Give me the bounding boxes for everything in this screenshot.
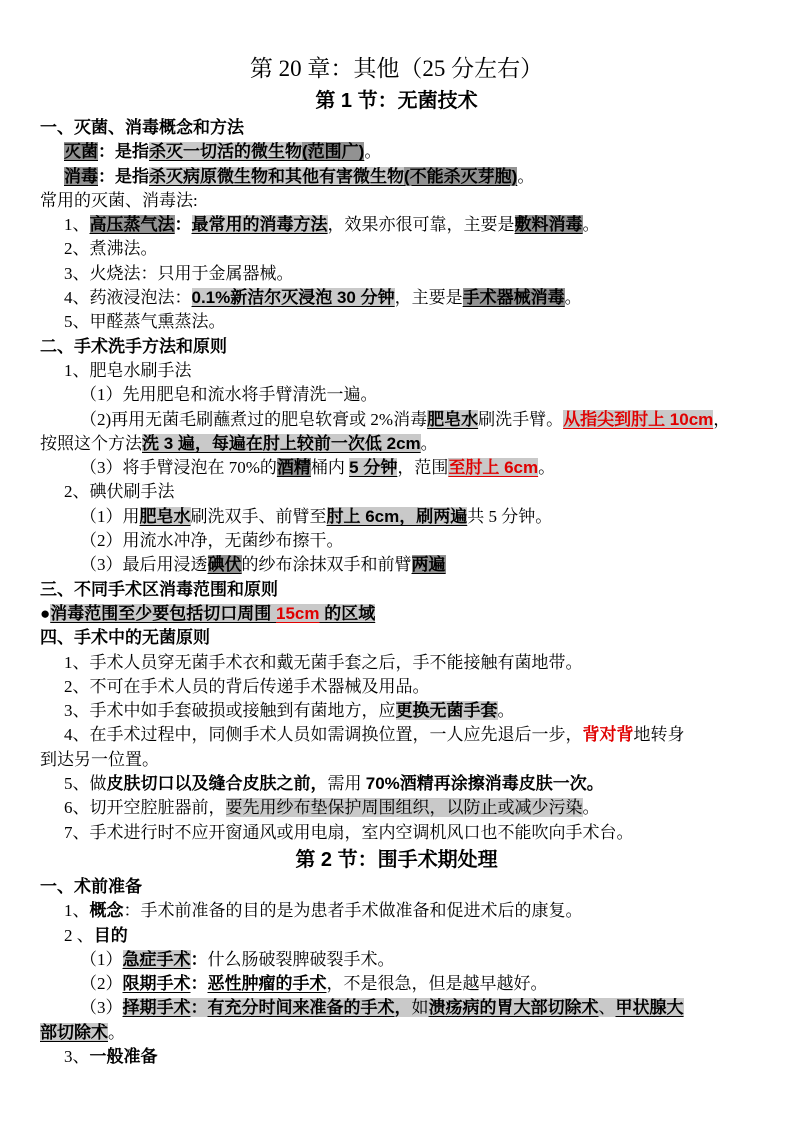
text-run: 部切除术 [40, 1023, 108, 1042]
text-run: ， [713, 410, 730, 429]
text-line: 7、手术进行时不应开窗通风或用电扇，室内空调机风口也不能吹向手术台。 [40, 821, 753, 845]
text-line: 1、手术人员穿无菌手术衣和戴无菌手套之后，手不能接触有菌地带。 [40, 651, 753, 675]
text-run: 2、碘伏刷手法 [64, 482, 175, 501]
text-run: （2） [80, 974, 123, 993]
text-run: 0.1%新洁尔灭浸泡 30 分钟 [192, 288, 395, 307]
text-run: 背对背 [583, 725, 634, 744]
text-run: 二、手术洗手方法和原则 [40, 337, 227, 356]
text-run: ： [191, 974, 208, 993]
text-run: 2、不可在手术人员的背后传递手术器械及用品。 [64, 677, 430, 696]
text-run: 第 20 章：其他（25 分左右） [250, 56, 543, 81]
text-run: 三、不同手术区消毒范围和原则 [40, 580, 278, 599]
text-run: 5、做 [64, 774, 107, 793]
text-line: （3）最后用浸透碘伏的纱布涂抹双手和前臂两遍 [40, 553, 753, 577]
text-run: 2、煮沸法。 [64, 239, 158, 258]
text-run: ： [191, 950, 208, 969]
text-run: 。 [583, 215, 600, 234]
text-run: 第 2 节：围手术期处理 [295, 849, 497, 871]
text-run: ：手术前准备的目的是为患者手术做准备和促进术后的康复。 [124, 901, 583, 920]
chapter-title: 第 20 章：其他（25 分左右） [40, 52, 753, 86]
text-run: (范围广) [302, 142, 364, 161]
text-run: ● [40, 604, 50, 623]
text-run: 恶性肿瘤的手术 [208, 974, 327, 993]
text-line: （1）急症手术：什么肠破裂脾破裂手术。 [40, 948, 753, 972]
text-run: 择期手术 [123, 998, 191, 1017]
text-run: 。 [538, 458, 555, 477]
text-run: （1） [80, 950, 123, 969]
text-run: ： [175, 215, 192, 234]
text-run: 目的 [94, 926, 128, 945]
heading-line: 四、手术中的无菌原则 [40, 626, 753, 650]
heading-line: 一、灭菌、消毒概念和方法 [40, 116, 753, 140]
text-line: 1、高压蒸气法：最常用的消毒方法，效果亦很可靠，主要是敷料消毒。 [40, 213, 753, 237]
text-line: （1）先用肥皂和流水将手臂清洗一遍。 [40, 383, 753, 407]
text-run: 至肘上 6cm [448, 458, 538, 477]
text-run: 如 [412, 998, 429, 1017]
text-run: 灭菌 [64, 142, 98, 161]
text-line: 4、药液浸泡法：0.1%新洁尔灭浸泡 30 分钟，主要是手术器械消毒。 [40, 286, 753, 310]
section-title: 第 2 节：围手术期处理 [40, 845, 753, 875]
text-run: 4、药液浸泡法： [64, 288, 192, 307]
text-run: 从指尖到肘上 10cm [563, 410, 713, 429]
text-run: (不能杀灭芽胞) [404, 167, 517, 186]
document-page: 第 20 章：其他（25 分左右）第 1 节：无菌技术一、灭菌、消毒概念和方法灭… [0, 0, 793, 1122]
text-run: 第 1 节：无菌技术 [315, 90, 477, 112]
text-run: 高压蒸气法 [90, 215, 175, 234]
text-run: ，范围 [397, 458, 448, 477]
text-run: 甲状腺大 [616, 998, 684, 1017]
text-run: 概念 [90, 901, 124, 920]
text-line: 5、做皮肤切口以及缝合皮肤之前，需用 70%酒精再涂擦消毒皮肤一次。 [40, 772, 753, 796]
text-run: 两遍 [412, 555, 446, 574]
text-run: 刷洗双手、前臂至 [191, 507, 327, 526]
text-run: 1、 [64, 215, 90, 234]
document-body: 第 20 章：其他（25 分左右）第 1 节：无菌技术一、灭菌、消毒概念和方法灭… [0, 0, 793, 1069]
text-run: ，效果亦很可靠，主要是 [328, 215, 515, 234]
text-run: 溃疡病的胃大部切除术 [429, 998, 599, 1017]
text-run: 限期手术 [123, 974, 191, 993]
text-run: （1）先用肥皂和流水将手臂清洗一遍。 [80, 385, 378, 404]
text-run: 。 [421, 434, 438, 453]
text-run: 洗 3 遍，每遍在肘上较前一次低 2cm [142, 434, 421, 453]
text-line: （1）用肥皂水刷洗双手、前臂至肘上 6cm，刷两遍共 5 分钟。 [40, 505, 753, 529]
text-run: 。 [108, 1023, 125, 1042]
text-run: ：是指 [98, 167, 149, 186]
text-run: ， [395, 998, 412, 1017]
text-run: 一、灭菌、消毒概念和方法 [40, 118, 244, 137]
text-run: 碘伏 [208, 555, 242, 574]
text-run: 的区域 [320, 604, 376, 623]
text-run: ：是指 [98, 142, 149, 161]
text-line: （3）将手臂浸泡在 70%的酒精桶内 5 分钟，范围至肘上 6cm。 [40, 456, 753, 480]
text-line: 3、火烧法：只用于金属器械。 [40, 262, 753, 286]
text-run: 、 [599, 998, 616, 1017]
text-run: 最常用的消毒方法 [192, 215, 328, 234]
text-run: 6、切开空腔脏器前， [64, 798, 226, 817]
text-run: 。 [583, 798, 600, 817]
text-run: 手术器械消毒 [463, 288, 565, 307]
text-line: 按照这个方法洗 3 遍，每遍在肘上较前一次低 2cm。 [40, 432, 753, 456]
text-run: 肘上 6cm，刷两遍 [327, 507, 468, 526]
text-line: 常用的灭菌、消毒法: [40, 189, 753, 213]
text-run: 有充分时间来准备的手术 [208, 998, 395, 1017]
text-run: 1、 [64, 901, 90, 920]
heading-line: 一、术前准备 [40, 875, 753, 899]
text-run: 的纱布涂抹双手和前臂 [242, 555, 412, 574]
text-run: 。 [498, 701, 515, 720]
text-run: 到达另一位置。 [40, 750, 159, 769]
text-line: 灭菌：是指杀灭一切活的微生物(范围广)。 [40, 140, 753, 164]
text-run: 15cm [276, 604, 319, 623]
text-line: 2、碘伏刷手法 [40, 480, 753, 504]
text-line: （2)再用无菌毛刷蘸煮过的肥皂软膏或 2%消毒肥皂水刷洗手臂。从指尖到肘上 10… [40, 408, 753, 432]
text-line: 2、不可在手术人员的背后传递手术器械及用品。 [40, 675, 753, 699]
text-run: （3） [80, 998, 123, 1017]
text-line: 6、切开空腔脏器前，要先用纱布垫保护周围组织，以防止或减少污染。 [40, 796, 753, 820]
text-line: 2 、目的 [40, 924, 753, 948]
text-run: 更换无菌手套 [396, 701, 498, 720]
text-run: 杀灭病原微生物和其他有害微生物 [149, 167, 404, 186]
text-run: 3、火烧法：只用于金属器械。 [64, 264, 294, 283]
text-run: 3、 [64, 1047, 90, 1066]
text-run: ，主要是 [395, 288, 463, 307]
text-line: （3）择期手术：有充分时间来准备的手术，如溃疡病的胃大部切除术、甲状腺大 [40, 996, 753, 1020]
text-run: 四、手术中的无菌原则 [40, 628, 210, 647]
text-run: 3、手术中如手套破损或接触到有菌地方，应 [64, 701, 396, 720]
text-run: 急症手术 [123, 950, 191, 969]
heading-line: 二、手术洗手方法和原则 [40, 335, 753, 359]
text-run: （3）将手臂浸泡在 70%的 [80, 458, 277, 477]
text-run: 皮肤切口以及缝合皮肤之前， [107, 774, 328, 793]
text-run: 需用 [328, 774, 366, 793]
text-run: 共 5 分钟。 [467, 507, 552, 526]
text-line: 3、手术中如手套破损或接触到有菌地方，应更换无菌手套。 [40, 699, 753, 723]
text-run: 。 [565, 288, 582, 307]
text-run: ，不是很急，但是越早越好。 [327, 974, 548, 993]
text-run: ： [191, 998, 208, 1017]
text-run: 酒精 [277, 458, 311, 477]
text-line: ●消毒范围至少要包括切口周围 15cm 的区域 [40, 602, 753, 626]
text-run: （2）用流水冲净，无菌纱布擦干。 [80, 531, 344, 550]
text-line: 到达另一位置。 [40, 748, 753, 772]
text-run: 5 分钟 [349, 458, 397, 477]
text-run: 5、甲醛蒸气熏蒸法。 [64, 312, 226, 331]
text-run: 1、手术人员穿无菌手术衣和戴无菌手套之后，手不能接触有菌地带。 [64, 653, 583, 672]
text-line: 部切除术。 [40, 1021, 753, 1045]
text-line: 5、甲醛蒸气熏蒸法。 [40, 310, 753, 334]
text-line: （2）用流水冲净，无菌纱布擦干。 [40, 529, 753, 553]
text-run: 一般准备 [90, 1047, 158, 1066]
text-run: （2)再用无菌毛刷蘸煮过的肥皂软膏或 2%消毒 [80, 410, 427, 429]
text-run: 地转身 [634, 725, 685, 744]
text-run: 桶内 [311, 458, 349, 477]
text-run: 肥皂水 [140, 507, 191, 526]
section-title: 第 1 节：无菌技术 [40, 86, 753, 116]
text-line: 1、概念：手术前准备的目的是为患者手术做准备和促进术后的康复。 [40, 899, 753, 923]
text-run: 。 [364, 142, 381, 161]
text-line: 3、一般准备 [40, 1045, 753, 1069]
text-run: 70%酒精再涂擦消毒皮肤一次。 [366, 774, 604, 793]
text-run: 敷料消毒 [515, 215, 583, 234]
text-run: 消毒 [64, 167, 98, 186]
text-run: 。 [517, 167, 534, 186]
text-run: （1）用 [80, 507, 140, 526]
text-run: 要先用纱布垫保护周围组织，以防止或减少污染 [226, 798, 583, 817]
text-line: 2、煮沸法。 [40, 237, 753, 261]
text-run: 按照这个方法 [40, 434, 142, 453]
text-run: 1、肥皂水刷手法 [64, 361, 192, 380]
text-run: 肥皂水 [427, 410, 478, 429]
text-run: （3）最后用浸透 [80, 555, 208, 574]
text-run: 消毒范围至少要包括切口周围 [50, 604, 276, 623]
text-run: 什么肠破裂脾破裂手术。 [208, 950, 395, 969]
text-run: 7、手术进行时不应开窗通风或用电扇，室内空调机风口也不能吹向手术台。 [64, 823, 634, 842]
text-run: 刷洗手臂。 [478, 410, 563, 429]
text-run: 杀灭一切活的微生物 [149, 142, 302, 161]
text-run: 2 、 [64, 926, 94, 945]
text-run: 一、术前准备 [40, 877, 142, 896]
heading-line: 三、不同手术区消毒范围和原则 [40, 578, 753, 602]
text-run: 常用的灭菌、消毒法: [40, 191, 198, 210]
text-line: （2）限期手术：恶性肿瘤的手术，不是很急，但是越早越好。 [40, 972, 753, 996]
text-line: 4、在手术过程中，同侧手术人员如需调换位置，一人应先退后一步，背对背地转身 [40, 723, 753, 747]
text-line: 1、肥皂水刷手法 [40, 359, 753, 383]
text-run: 4、在手术过程中，同侧手术人员如需调换位置，一人应先退后一步， [64, 725, 583, 744]
text-line: 消毒：是指杀灭病原微生物和其他有害微生物(不能杀灭芽胞)。 [40, 165, 753, 189]
